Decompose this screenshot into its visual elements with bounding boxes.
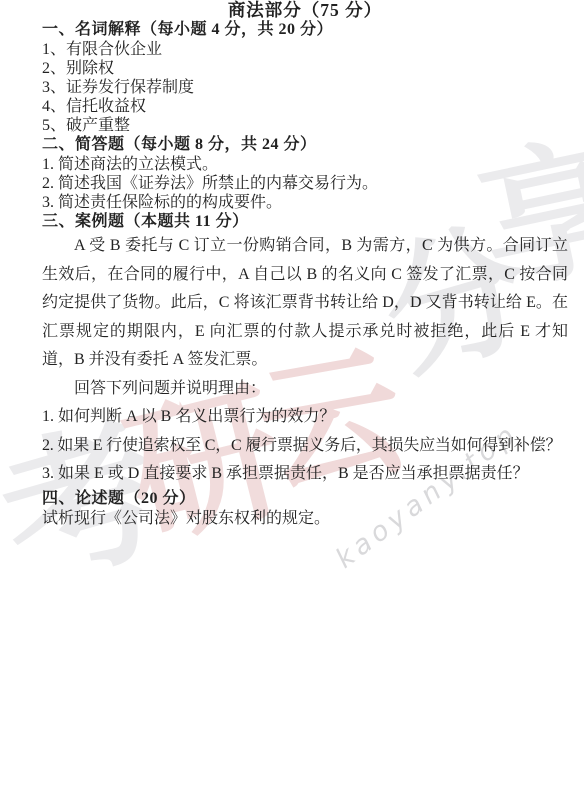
term-item-5: 5、破产重整 <box>42 116 568 135</box>
case-question-2: 2. 如果 E 行使追索权至 C，C 履行票据义务后，其损失应当如何得到补偿？ <box>42 432 568 461</box>
term-item-2: 2、别除权 <box>42 59 568 78</box>
exam-page: 考 研 云 分 享 kaoyany.top 商法部分（75 分） 一、名词解释（… <box>0 0 584 791</box>
short-answer-item-3: 3. 简述责任保险标的的构成要件。 <box>42 193 568 212</box>
case-paragraph: A 受 B 委托与 C 订立一份购销合同，B 为需方，C 为供方。合同订立生效后… <box>42 232 568 375</box>
term-item-4: 4、信托收益权 <box>42 97 568 116</box>
section-1-heading: 一、名词解释（每小题 4 分，共 20 分） <box>42 20 568 40</box>
section-2-heading: 二、简答题（每小题 8 分，共 24 分） <box>42 135 568 155</box>
page-title: 商法部分（75 分） <box>42 0 568 20</box>
short-answer-item-2: 2. 简述我国《证券法》所禁止的内幕交易行为。 <box>42 174 568 193</box>
case-study-block: A 受 B 委托与 C 订立一份购销合同，B 为需方，C 为供方。合同订立生效后… <box>42 232 568 489</box>
term-item-1: 1、有限合伙企业 <box>42 40 568 59</box>
exam-content: 商法部分（75 分） 一、名词解释（每小题 4 分，共 20 分） 1、有限合伙… <box>0 0 584 528</box>
essay-item-1: 试析现行《公司法》对股东权利的规定。 <box>42 509 568 528</box>
short-answer-item-1: 1. 简述商法的立法模式。 <box>42 155 568 174</box>
case-prompt: 回答下列问题并说明理由： <box>42 375 568 404</box>
term-item-3: 3、证券发行保荐制度 <box>42 78 568 97</box>
case-question-3: 3. 如果 E 或 D 直接要求 B 承担票据责任，B 是否应当承担票据责任？ <box>42 460 568 489</box>
section-3-heading: 三、案例题（本题共 11 分） <box>42 212 568 232</box>
section-4-heading: 四、论述题（20 分） <box>42 489 568 509</box>
case-question-1: 1. 如何判断 A 以 B 名义出票行为的效力？ <box>42 403 568 432</box>
